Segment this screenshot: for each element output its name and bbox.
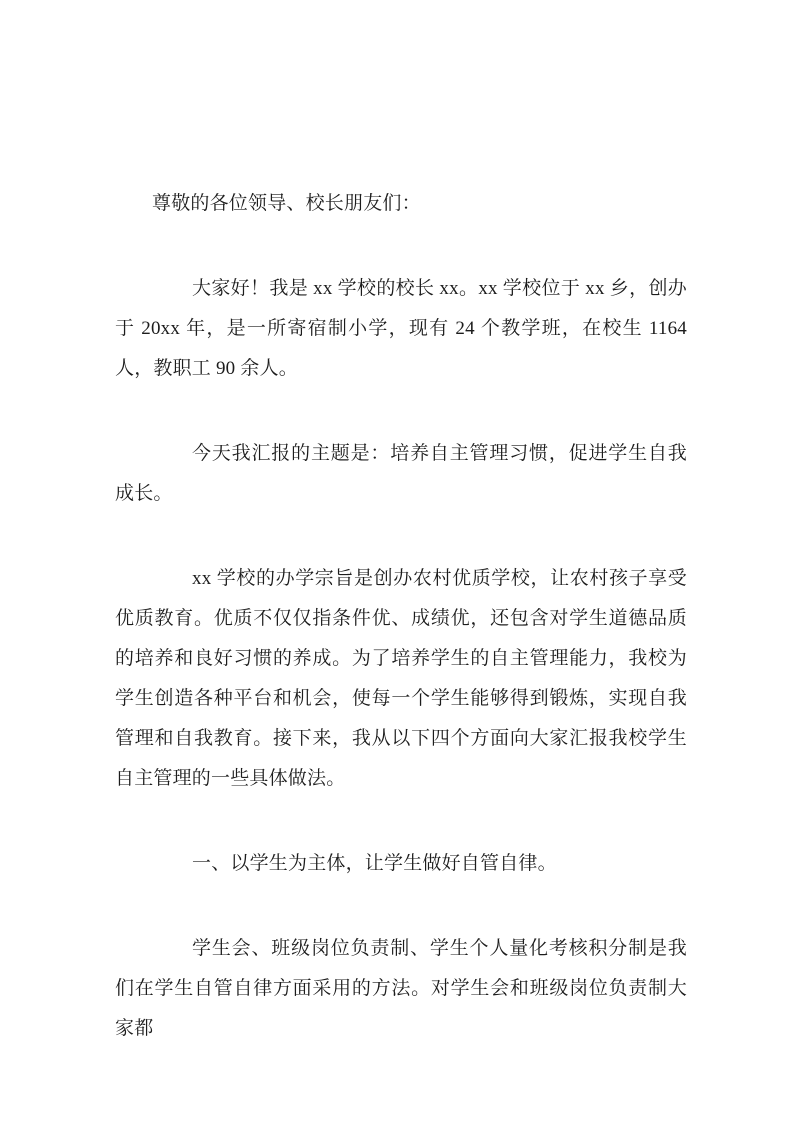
paragraph-self-management-methods: 学生会、班级岗位负责制、学生个人量化考核积分制是我们在学生自管自律方面采用的方法… (115, 929, 687, 1049)
paragraph-school-intro: 大家好！我是 xx 学校的校长 xx。xx 学校位于 xx 乡，创办于 20xx… (115, 269, 687, 389)
document-page: 尊敬的各位领导、校长朋友们： 大家好！我是 xx 学校的校长 xx。xx 学校位… (0, 0, 793, 1122)
section-heading-one: 一、以学生为主体，让学生做好自管自律。 (115, 844, 687, 884)
salutation-line: 尊敬的各位领导、校长朋友们： (115, 184, 724, 224)
paragraph-school-mission: xx 学校的办学宗旨是创办农村优质学校，让农村孩子享受优质教育。优质不仅仅指条件… (115, 559, 687, 799)
paragraph-report-topic: 今天我汇报的主题是：培养自主管理习惯，促进学生自我成长。 (115, 434, 687, 514)
